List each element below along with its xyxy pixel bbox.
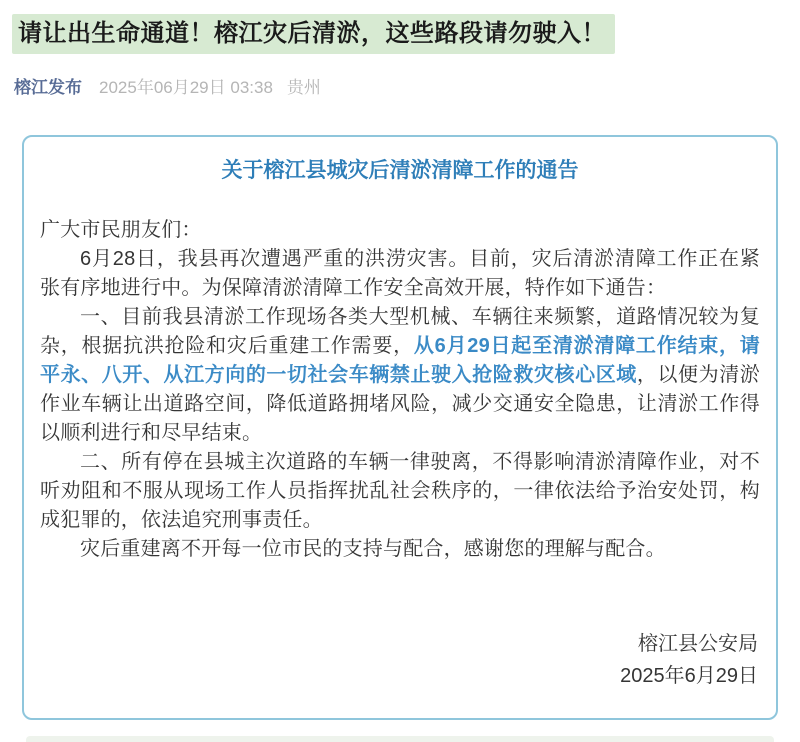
notice-paragraph-intro: 6月28日，我县再次遭遇严重的洪涝灾害。目前，灾后清淤清障工作正在紧张有序地进行… <box>40 245 760 303</box>
publish-location: 贵州 <box>287 73 321 98</box>
publisher-account-link[interactable]: 榕江发布 <box>14 73 82 98</box>
article-headline: 请让出生命通道！榕江灾后清淤，这些路段请勿驶入！ <box>12 14 615 54</box>
signature-date: 2025年6月29日 <box>40 660 758 692</box>
official-notice-box: 关于榕江县城灾后清淤清障工作的通告 广大市民朋友们： 6月28日，我县再次遭遇严… <box>22 135 778 720</box>
next-image-top-edge <box>26 736 774 742</box>
notice-greeting: 广大市民朋友们： <box>40 216 760 245</box>
signature-authority: 榕江县公安局 <box>40 628 758 660</box>
notice-body: 广大市民朋友们： 6月28日，我县再次遭遇严重的洪涝灾害。目前，灾后清淤清障工作… <box>40 216 760 564</box>
notice-paragraph-rule1: 一、目前我县清淤工作现场各类大型机械、车辆往来频繁，道路情况较为复杂，根据抗洪抢… <box>40 303 760 448</box>
notice-signature: 榕江县公安局 2025年6月29日 <box>40 628 760 692</box>
notice-title: 关于榕江县城灾后清淤清障工作的通告 <box>40 156 760 185</box>
article-page: 请让出生命通道！榕江灾后清淤，这些路段请勿驶入！ 榕江发布 2025年06月29… <box>0 0 800 742</box>
notice-paragraph-closing: 灾后重建离不开每一位市民的支持与配合，感谢您的理解与配合。 <box>40 535 760 564</box>
notice-paragraph-rule2: 二、所有停在县城主次道路的车辆一律驶离，不得影响清淤清障作业，对不听劝阻和不服从… <box>40 448 760 535</box>
publish-datetime: 2025年06月29日 03:38 <box>99 73 273 98</box>
byline: 榕江发布 2025年06月29日 03:38 贵州 <box>12 73 788 98</box>
